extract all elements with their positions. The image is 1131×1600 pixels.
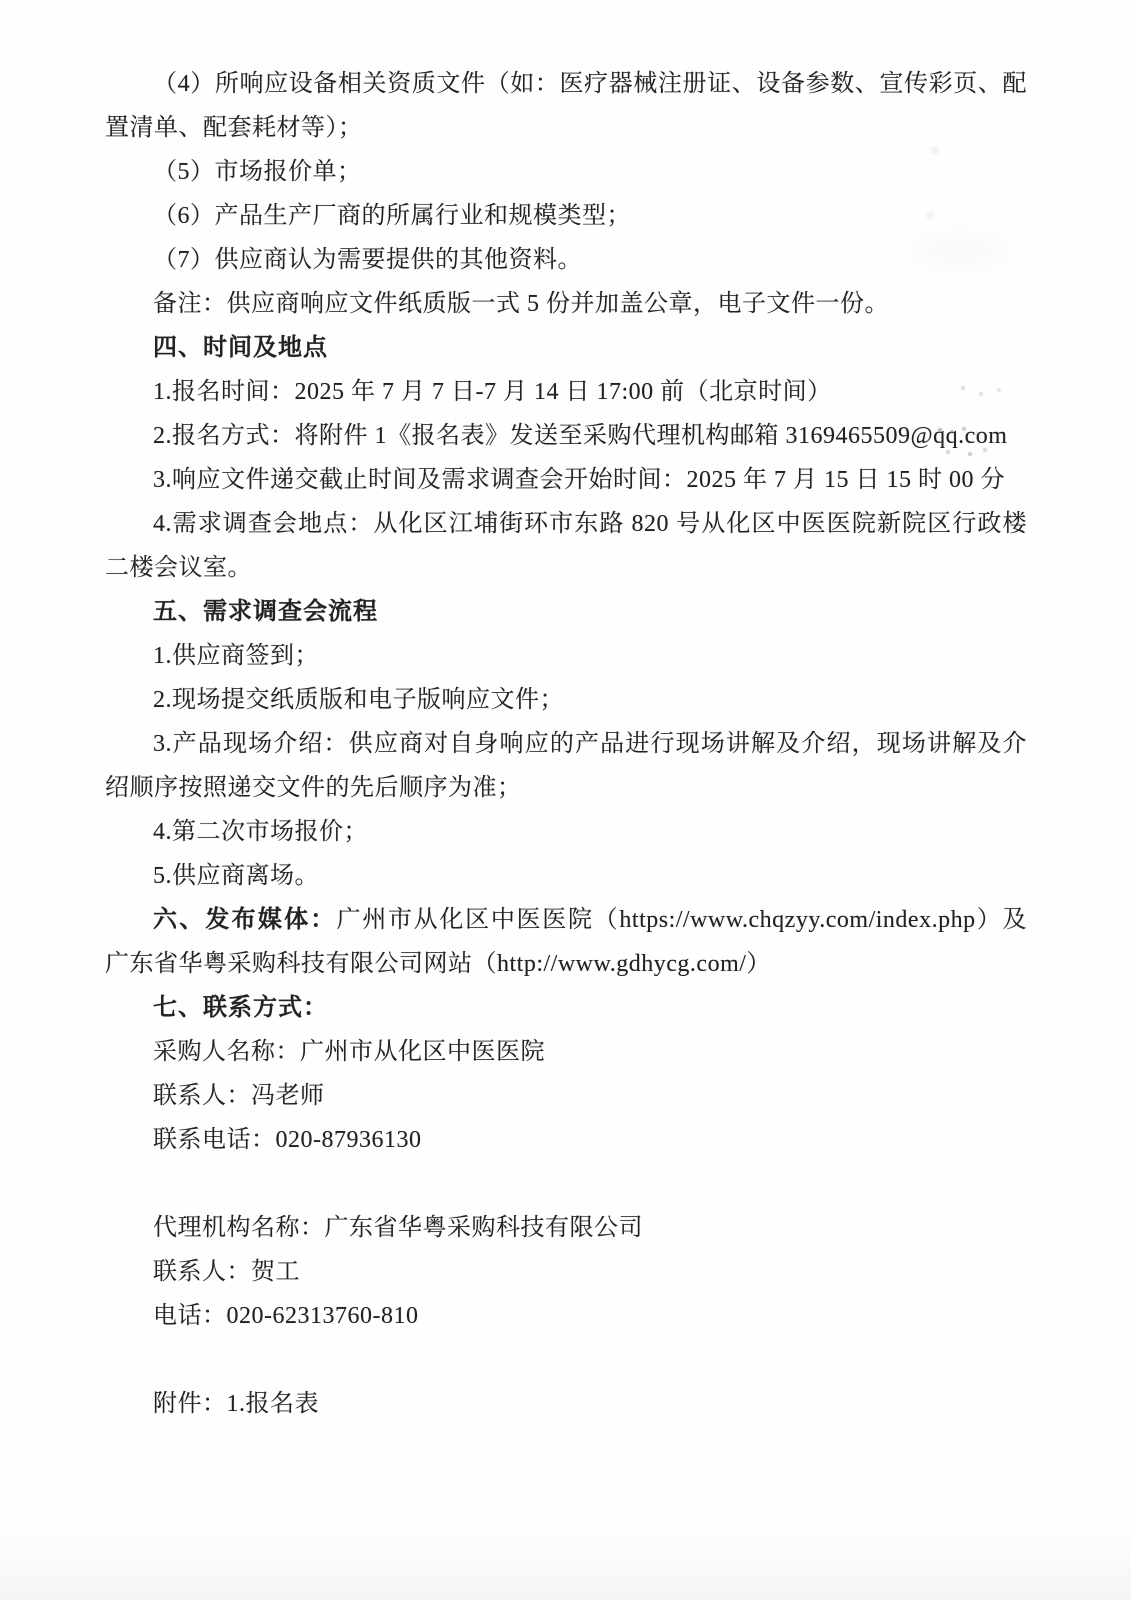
flow-step-1: 1.供应商签到； bbox=[105, 634, 1027, 678]
purchaser-contact-person: 联系人：冯老师 bbox=[105, 1074, 1027, 1118]
attachment-note: 附件：1.报名表 bbox=[105, 1382, 1027, 1426]
section-4-heading: 四、时间及地点 bbox=[105, 326, 1027, 370]
requirement-item-7: （7）供应商认为需要提供的其他资料。 bbox=[105, 238, 1027, 282]
section-7-heading: 七、联系方式： bbox=[105, 986, 1027, 1030]
section-5-heading: 五、需求调查会流程 bbox=[105, 590, 1027, 634]
agency-contact-person: 联系人：贺工 bbox=[105, 1250, 1027, 1294]
registration-method: 2.报名方式：将附件 1《报名表》发送至采购代理机构邮箱 3169465509@… bbox=[105, 414, 1027, 458]
scanned-document-page: （4）所响应设备相关资质文件（如：医疗器械注册证、设备参数、宣传彩页、配置清单、… bbox=[0, 0, 1131, 1600]
document-body: （4）所响应设备相关资质文件（如：医疗器械注册证、设备参数、宣传彩页、配置清单、… bbox=[105, 62, 1027, 1426]
meeting-location: 4.需求调查会地点：从化区江埔街环市东路 820 号从化区中医医院新院区行政楼二… bbox=[105, 502, 1027, 590]
requirement-item-5: （5）市场报价单； bbox=[105, 150, 1027, 194]
flow-step-2: 2.现场提交纸质版和电子版响应文件； bbox=[105, 678, 1027, 722]
requirement-item-6: （6）产品生产厂商的所属行业和规模类型； bbox=[105, 194, 1027, 238]
submission-deadline: 3.响应文件递交截止时间及需求调查会开始时间：2025 年 7 月 15 日 1… bbox=[105, 458, 1027, 502]
agency-phone: 电话：020-62313760-810 bbox=[105, 1294, 1027, 1338]
flow-step-4: 4.第二次市场报价； bbox=[105, 810, 1027, 854]
purchaser-phone: 联系电话：020-87936130 bbox=[105, 1118, 1027, 1162]
purchaser-name: 采购人名称：广州市从化区中医医院 bbox=[105, 1030, 1027, 1074]
remark-note: 备注：供应商响应文件纸质版一式 5 份并加盖公章，电子文件一份。 bbox=[105, 282, 1027, 326]
requirement-item-4: （4）所响应设备相关资质文件（如：医疗器械注册证、设备参数、宣传彩页、配置清单、… bbox=[105, 62, 1027, 150]
section-6-publish-media: 六、发布媒体：广州市从化区中医医院（https://www.chqzyy.com… bbox=[105, 898, 1027, 986]
section-6-publish-media-label: 六、发布媒体： bbox=[153, 906, 337, 933]
flow-step-3: 3.产品现场介绍：供应商对自身响应的产品进行现场讲解及介绍，现场讲解及介绍顺序按… bbox=[105, 722, 1027, 810]
agency-name: 代理机构名称：广东省华粤采购科技有限公司 bbox=[105, 1206, 1027, 1250]
registration-time: 1.报名时间：2025 年 7 月 7 日-7 月 14 日 17:00 前（北… bbox=[105, 370, 1027, 414]
flow-step-5: 5.供应商离场。 bbox=[105, 854, 1027, 898]
